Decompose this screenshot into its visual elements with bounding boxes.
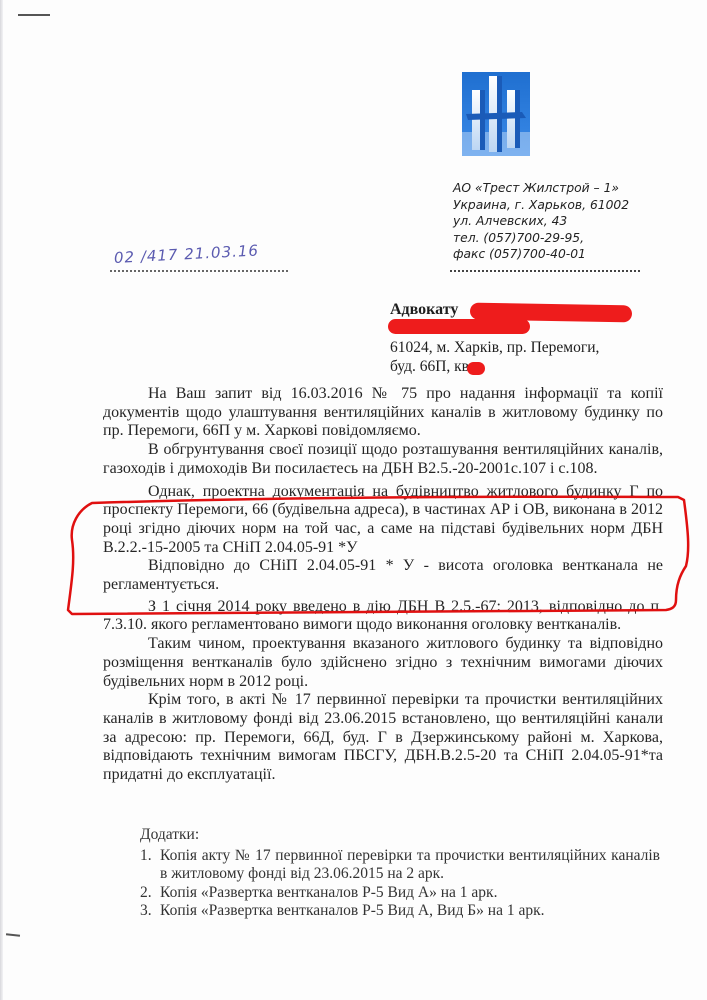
- company-phone: тел. (057)700-29-95,: [453, 230, 629, 247]
- attachment-text: Копія «Развертка вентканалов Р-5 Вид А, …: [160, 902, 660, 921]
- redaction-mark: [388, 319, 530, 334]
- body-paragraph: В обгрунтування своєї позиції щодо розта…: [103, 441, 663, 478]
- addressee-address-line1: 61024, м. Харків, пр. Перемоги,: [390, 338, 599, 357]
- letter-page: АО «Трест Жилстрой – 1» Украина, г. Харь…: [0, 0, 707, 1000]
- attachment-item: 1. Копія акту № 17 первинної перевірки т…: [140, 847, 660, 884]
- attachments-list: 1. Копія акту № 17 первинної перевірки т…: [140, 847, 660, 921]
- company-city: Украина, г. Харьков, 61002: [453, 197, 629, 214]
- body-paragraph: Таким чином, проектування вказаного житл…: [103, 635, 663, 691]
- attachment-item: 3. Копія «Развертка вентканалов Р-5 Вид …: [140, 902, 660, 921]
- company-name: АО «Трест Жилстрой – 1»: [453, 180, 629, 197]
- attachment-text: Копія акту № 17 первинної перевірки та п…: [160, 847, 660, 884]
- scan-edge: [0, 0, 3, 1000]
- building-logo-icon: [462, 72, 530, 156]
- corner-mark-bottom: [6, 933, 20, 936]
- attachments-heading: Додатки:: [140, 826, 660, 845]
- signature-dotted-line: [450, 270, 640, 272]
- attachment-number: 2.: [140, 884, 160, 903]
- redaction-mark: [467, 362, 485, 375]
- attachment-text: Копія «Развертка вентканалов Р-5 Вид А» …: [160, 884, 660, 903]
- company-fax: факс (057)700-40-01: [453, 246, 629, 263]
- body-paragraph: Крім того, в акті № 17 первинної перевір…: [103, 691, 663, 785]
- company-street: ул. Алчевских, 43: [453, 213, 629, 230]
- attachments: Додатки: 1. Копія акту № 17 первинної пе…: [140, 826, 660, 921]
- attachment-item: 2. Копія «Развертка вентканалов Р-5 Вид …: [140, 884, 660, 903]
- body-paragraph-highlighted: Однак, проектна документація на будівниц…: [103, 483, 663, 558]
- attachment-number: 1.: [140, 847, 160, 884]
- company-details: АО «Трест Жилстрой – 1» Украина, г. Харь…: [453, 180, 629, 263]
- body-paragraph: На Ваш запит від 16.03.2016 № 75 про над…: [103, 385, 663, 441]
- corner-mark-top: [18, 14, 50, 16]
- body-paragraph: З 1 січня 2014 року введено в дію ДБН В …: [103, 598, 663, 635]
- body-paragraph-highlighted: Відповідно до СНіП 2.04.05-91 * У - висо…: [103, 557, 663, 594]
- attachment-number: 3.: [140, 902, 160, 921]
- registration-number: 02 /417 21.03.16: [114, 241, 260, 267]
- letter-body: На Ваш запит від 16.03.2016 № 75 про над…: [103, 385, 663, 785]
- addressee-address-line2: буд. 66П, кв.: [390, 357, 599, 376]
- registration-dotted-line: [110, 270, 288, 272]
